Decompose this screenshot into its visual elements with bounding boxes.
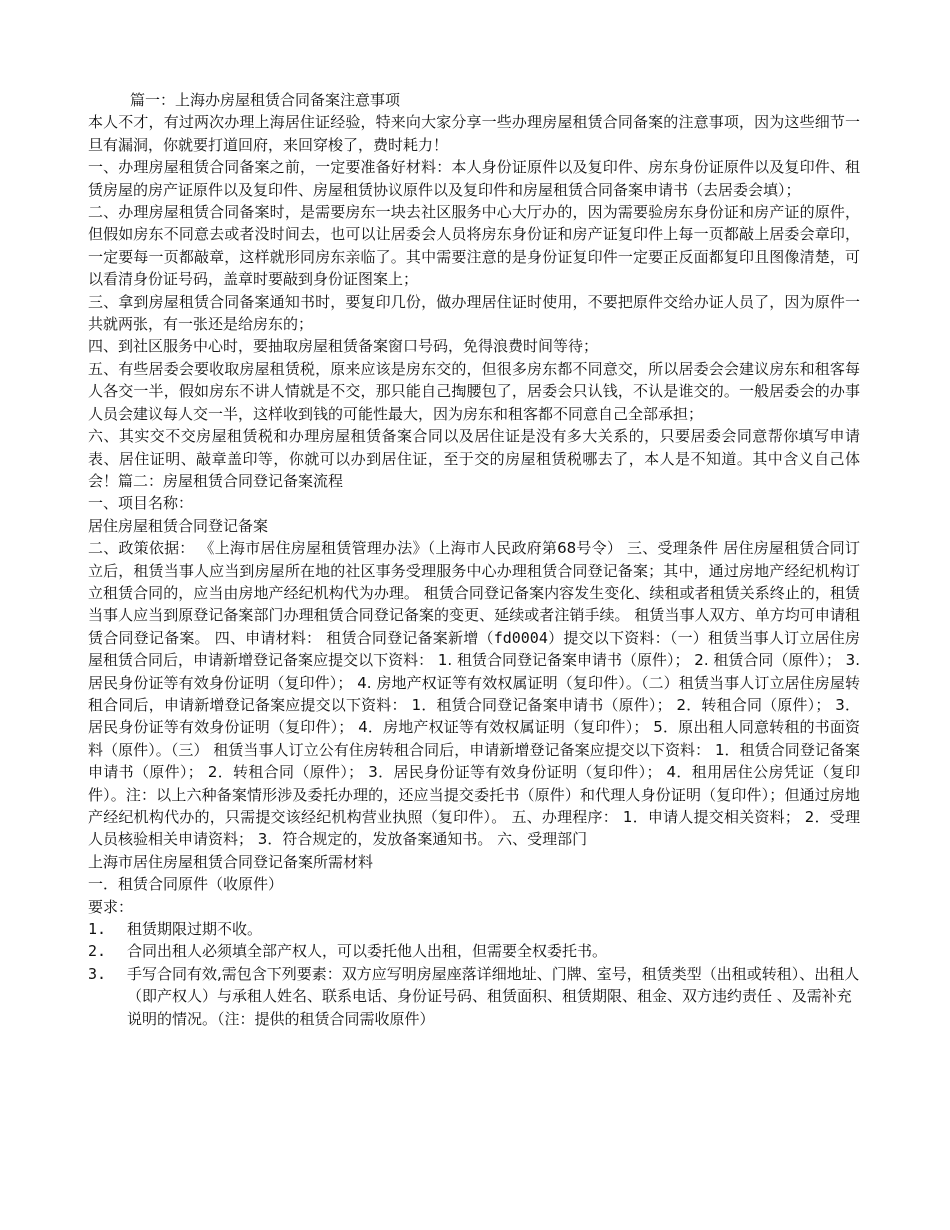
article1-point-5: 五、有些居委会要收取房屋租赁税，原来应该是房东交的，但很多房东都不同意交，所以居… — [88, 358, 860, 425]
article1-point-2: 二、办理房屋租赁合同备案时，是需要房东一块去社区服务中心大厅办的，因为需要验房东… — [88, 201, 860, 291]
list-item: 3. 手写合同有效,需包含下列要素：双方应写明房屋座落详细地址、门牌、室号，租赁… — [88, 963, 860, 1030]
list-item-number: 1. — [88, 918, 127, 940]
article1-point-3: 三、拿到房屋租赁合同备案通知书时，要复印几份，做办理居住证时使用，不要把原件交给… — [88, 291, 860, 336]
list-item-number: 2. — [88, 940, 127, 962]
article2-body: 二、政策依据： 《上海市居住房屋租赁管理办法》（上海市人民政府第68号令） 三、… — [88, 537, 860, 851]
article3-section1: 一．租赁合同原件（收原件） — [88, 873, 860, 895]
article3-title: 上海市居住房屋租赁合同登记备案所需材料 — [88, 851, 860, 873]
article1-point-1: 一、办理房屋租赁合同备案之前，一定要准备好材料：本人身份证原件以及复印件、房东身… — [88, 156, 860, 201]
article1-point-6: 六、其实交不交房屋租赁税和办理房屋租赁备案合同以及居住证是没有多大关系的，只要居… — [88, 425, 860, 492]
article2-item-name-heading: 一、项目名称： — [88, 492, 860, 514]
list-item: 2. 合同出租人必须填全部产权人，可以委托他人出租，但需要全权委托书。 — [88, 940, 860, 962]
article2-body-code: （fd0004） — [478, 629, 563, 647]
requirements-list: 1. 租赁期限过期不收。 2. 合同出租人必须填全部产权人，可以委托他人出租，但… — [88, 918, 860, 1030]
list-item-text: 合同出租人必须填全部产权人，可以委托他人出租，但需要全权委托书。 — [127, 940, 860, 962]
article1-intro: 本人不才，有过两次办理上海居住证经验，特来向大家分享一些办理房屋租赁合同备案的注… — [88, 111, 860, 156]
article1-title: 篇一：上海办房屋租赁合同备案注意事项 — [88, 89, 860, 111]
article1-point-4: 四、到社区服务中心时，要抽取房屋租赁备案窗口号码，免得浪费时间等待； — [88, 335, 860, 357]
list-item: 1. 租赁期限过期不收。 — [88, 918, 860, 940]
article2-item-name: 居住房屋租赁合同登记备案 — [88, 515, 860, 537]
document-page: 篇一：上海办房屋租赁合同备案注意事项 本人不才，有过两次办理上海居住证经验，特来… — [88, 89, 860, 1030]
list-item-number: 3. — [88, 963, 127, 1030]
article2-body-part2: 提交以下资料：（一）租赁当事人订立居住房屋租赁合同后，申请新增登记备案应提交以下… — [88, 629, 860, 849]
list-item-text: 手写合同有效,需包含下列要素：双方应写明房屋座落详细地址、门牌、室号，租赁类型（… — [127, 963, 860, 1030]
list-item-text: 租赁期限过期不收。 — [127, 918, 860, 940]
requirements-label: 要求： — [88, 896, 860, 918]
